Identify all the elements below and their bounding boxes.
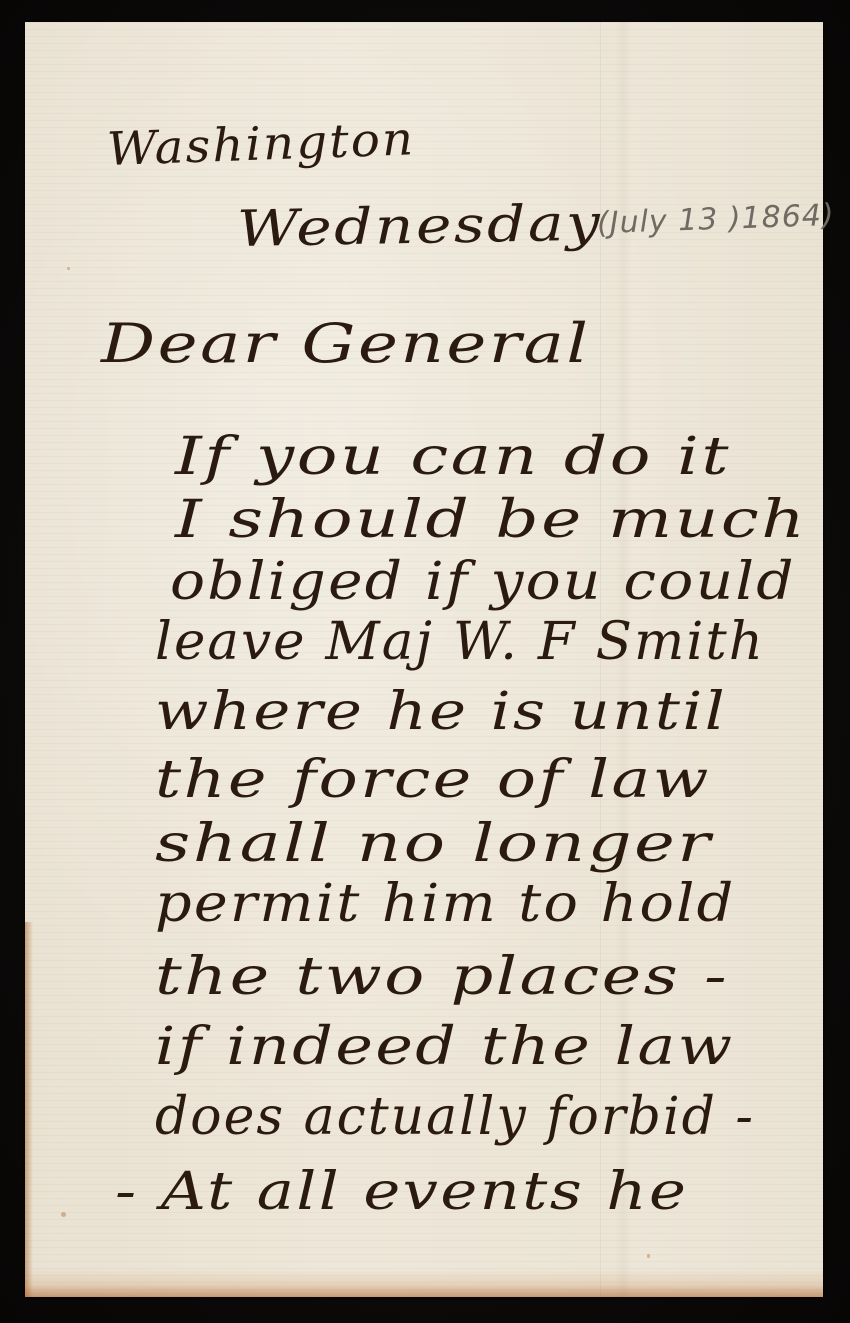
body-line-5: where he is until [155,682,727,742]
letter-page: ​ Washington Wednesday (July 13 )1864) D… [25,22,823,1297]
body-line-11: does actually forbid - [155,1087,755,1147]
foxing-spot [61,1212,66,1217]
show-through-text: ​ [354,382,356,415]
body-line-6: the force of law [155,750,711,810]
heading-place: Washington [106,111,416,176]
foxing-stain-bottom [25,1269,823,1297]
body-line-12: - At all events he [115,1162,688,1222]
foxing-stain-left [25,922,33,1297]
body-line-7: shall no longer [155,814,713,874]
salutation: Dear General [101,312,590,375]
body-line-4: leave Maj W. F Smith [155,612,765,672]
body-line-2: I should be much [175,490,807,550]
body-line-1: If you can do it [175,427,731,487]
foxing-spot [647,1254,650,1258]
body-line-3: obliged if you could [170,552,796,612]
pencil-date-annotation: (July 13 )1864) [596,198,835,241]
foxing-spot [67,267,70,270]
body-line-8: permit him to hold [155,874,735,934]
body-line-9: the two places - [155,947,729,1007]
heading-day: Wednesday [236,194,602,258]
body-line-10: if indeed the law [155,1017,735,1077]
